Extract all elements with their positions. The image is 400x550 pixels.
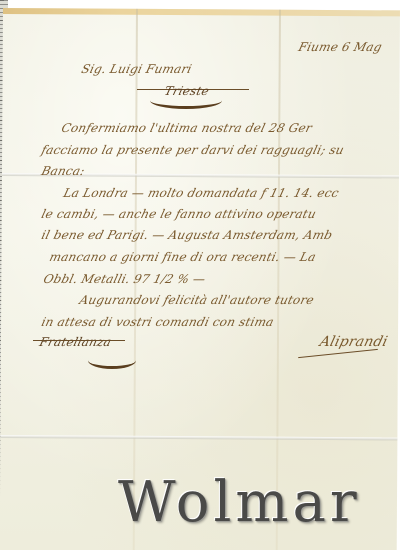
body-line: le cambi, — anche le fanno attivino oper… bbox=[40, 207, 318, 221]
place-date: Fiume 6 Mag bbox=[297, 40, 383, 54]
body-line: Obbl. Metalli. 97 1/2 % — bbox=[42, 272, 207, 286]
addressee-name: Sig. Luigi Fumari bbox=[80, 62, 193, 76]
watermark-text: Wolmar bbox=[118, 470, 361, 535]
body-line: Banca: bbox=[40, 164, 86, 178]
document-scan: Fiume 6 Mag Sig. Luigi Fumari Trieste Co… bbox=[0, 0, 400, 550]
body-line: Augurandovi felicità all'autore tutore bbox=[78, 293, 316, 307]
body-line: Confermiamo l'ultima nostra del 28 Ger bbox=[60, 121, 314, 135]
signature: Aliprandi bbox=[318, 334, 389, 350]
vertical-fold-crease bbox=[276, 10, 281, 550]
body-line: facciamo la presente per darvi dei raggu… bbox=[40, 143, 346, 157]
body-line: il bene ed Parigi. — Augusta Amsterdam, … bbox=[40, 228, 334, 242]
body-line: mancano a giorni fine di ora recenti. — … bbox=[48, 250, 317, 264]
body-line: La Londra — molto domandata f 11. 14. ec… bbox=[62, 186, 340, 200]
body-line: in attesa di vostri comandi con stima bbox=[40, 315, 275, 329]
addressee-flourish bbox=[150, 92, 222, 109]
closing-flourish bbox=[88, 352, 136, 369]
top-edge-stain bbox=[3, 8, 400, 16]
horizontal-fold-crease bbox=[0, 435, 397, 440]
closing-underline bbox=[33, 340, 125, 341]
closing-line: Fratellanza bbox=[38, 335, 113, 349]
